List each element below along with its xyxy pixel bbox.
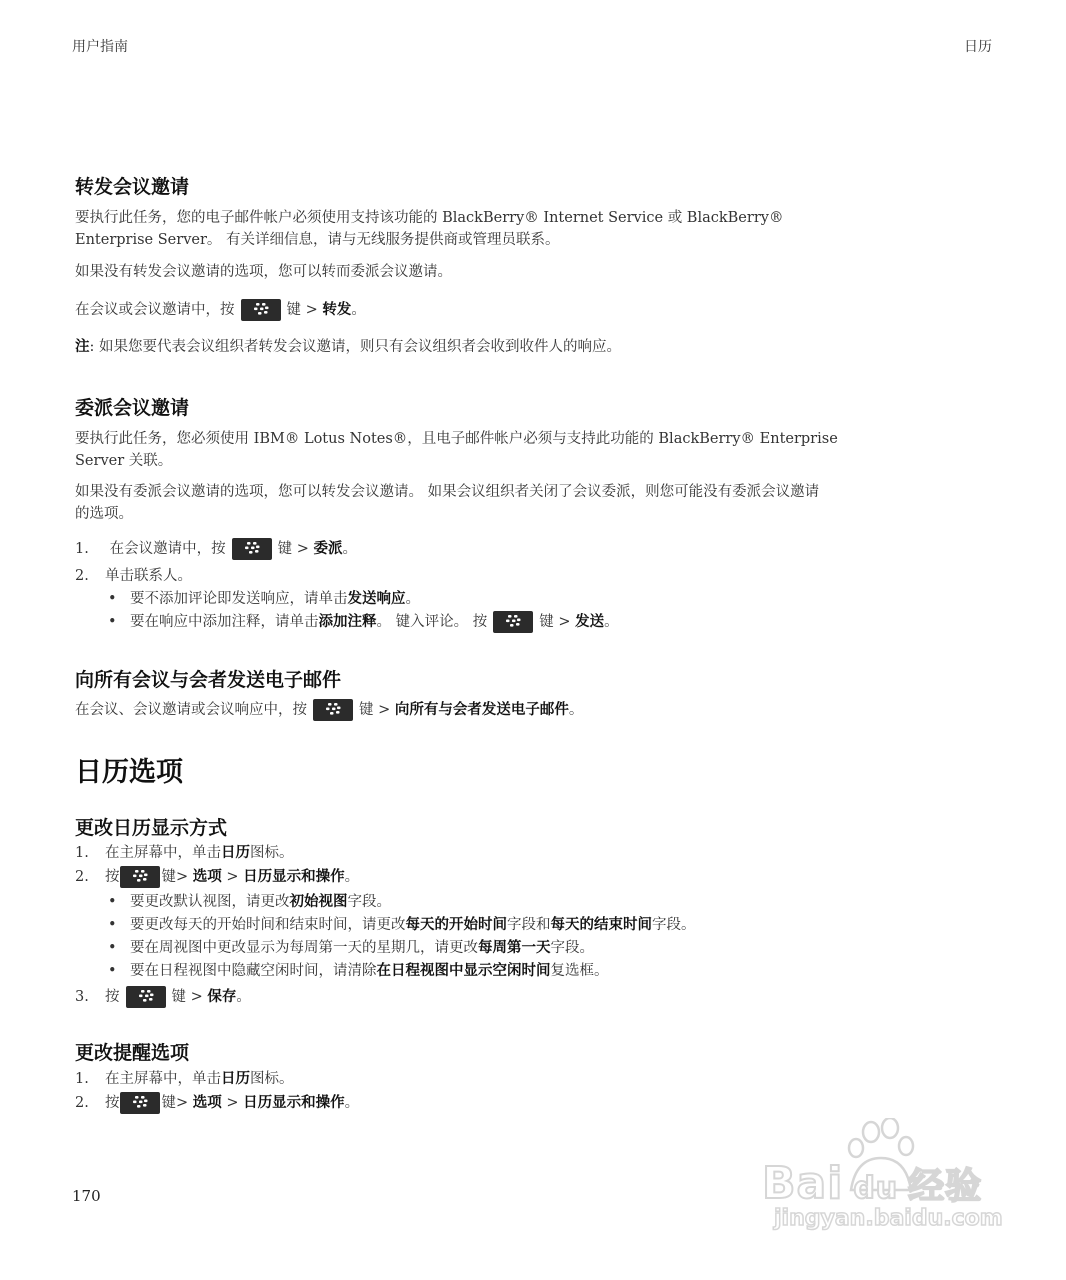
bullet-text: 要更改每天的开始时间和结束时间，请更改 xyxy=(130,917,406,933)
step-text: 键 xyxy=(359,702,374,718)
step-2: 2.按键> 选项 > 日历显示和操作。 xyxy=(75,1092,359,1114)
step-number: 1. xyxy=(75,538,105,560)
bullet-text: 字段。 xyxy=(652,917,696,933)
baidu-jingyan-watermark: Baidu经验 jingyan.baidu.com xyxy=(756,1118,1006,1228)
running-header-left: 用户指南 xyxy=(72,36,128,56)
paragraph-line: 要执行此任务，您的电子邮件帐户必须使用支持该功能的 BlackBerry® In… xyxy=(75,207,783,229)
section-title-forward: 转发会议邀请 xyxy=(75,172,189,199)
checkbox-show-free-time: 在日程视图中显示空闲时间 xyxy=(377,963,551,979)
blackberry-menu-key-icon xyxy=(232,538,272,560)
bullet-item: •要不添加评论即发送响应，请单击发送响应。 xyxy=(108,588,420,610)
bullet: • xyxy=(108,588,130,610)
paragraph-line: 要执行此任务，您必须使用 IBM® Lotus Notes®，且电子邮件帐户必须… xyxy=(75,428,838,450)
page-number: 170 xyxy=(72,1187,101,1205)
blackberry-menu-key-icon xyxy=(241,299,281,321)
punct: 。 xyxy=(569,702,584,718)
blackberry-menu-key-icon xyxy=(313,699,353,721)
menu-action-delegate: 委派 xyxy=(313,541,342,557)
field-initial-view: 初始视图 xyxy=(290,894,348,910)
step-text: 键 xyxy=(287,302,302,318)
step-text: 键 xyxy=(278,541,293,557)
step-text: 在主屏幕中，单击 xyxy=(105,845,221,861)
bullet-item: •要在响应中添加注释，请单击添加注释。 键入评论。 按键 > 发送。 xyxy=(108,611,619,633)
menu-action-display-actions: 日历显示和操作 xyxy=(243,869,345,885)
bullet-item: •要更改每天的开始时间和结束时间，请更改每天的开始时间字段和每天的结束时间字段。 xyxy=(108,914,696,936)
step-1: 1.在主屏幕中，单击日历图标。 xyxy=(75,1068,294,1090)
bullet-text: 要不添加评论即发送响应，请单击 xyxy=(130,591,348,607)
separator: > xyxy=(558,614,570,630)
menu-action-display-actions: 日历显示和操作 xyxy=(243,1095,345,1111)
bullet-item: •要在日程视图中隐藏空闲时间，请清除在日程视图中显示空闲时间复选框。 xyxy=(108,960,609,982)
note-text: : 如果您要代表会议组织者转发会议邀请，则只有会议组织者会收到收件人的响应。 xyxy=(90,339,622,355)
section-title-reminder-options: 更改提醒选项 xyxy=(75,1038,189,1065)
step-2: 2.单击联系人。 xyxy=(75,565,192,587)
punct: 。 xyxy=(345,869,360,885)
step-text: 键> xyxy=(162,1095,189,1111)
bullet-text: 要更改默认视图，请更改 xyxy=(130,894,290,910)
paragraph: 如果没有委派会议邀请的选项，您可以转发会议邀请。 如果会议组织者关闭了会议委派，… xyxy=(75,481,819,525)
menu-action-save: 保存 xyxy=(207,989,236,1005)
bullet-text: 要在日程视图中隐藏空闲时间，请清除 xyxy=(130,963,377,979)
separator: > xyxy=(226,1095,238,1111)
running-header-right: 日历 xyxy=(964,36,992,56)
step-number: 1. xyxy=(75,842,105,864)
separator: > xyxy=(226,869,238,885)
step-text: 在会议、会议邀请或会议响应中，按 xyxy=(75,702,307,718)
step-text: 在主屏幕中，单击 xyxy=(105,1071,221,1087)
step-line: 在会议或会议邀请中，按键 > 转发。 xyxy=(75,299,366,321)
bullet-text: 复选框。 xyxy=(551,963,609,979)
bullet-text: 字段。 xyxy=(551,940,595,956)
paragraph: 要执行此任务，您的电子邮件帐户必须使用支持该功能的 BlackBerry® In… xyxy=(75,207,783,251)
watermark-brand: Bai xyxy=(762,1158,843,1209)
menu-action-email-all: 向所有与会者发送电子邮件 xyxy=(395,702,569,718)
watermark-brand-du: du xyxy=(853,1171,898,1206)
punct: 。 xyxy=(351,302,366,318)
step-text: 按 xyxy=(105,869,120,885)
bullet: • xyxy=(108,891,130,913)
bullet-item: •要在周视图中更改显示为每周第一天的星期几，请更改每周第一天字段。 xyxy=(108,937,594,959)
ui-label-calendar: 日历 xyxy=(221,845,250,861)
section-title-delegate: 委派会议邀请 xyxy=(75,393,189,420)
chapter-title-calendar-options: 日历选项 xyxy=(75,750,183,789)
bullet: • xyxy=(108,937,130,959)
punct: 。 xyxy=(236,989,251,1005)
paragraph-line: Enterprise Server。 有关详细信息，请与无线服务提供商或管理员联… xyxy=(75,229,783,251)
bullet-text: 要在响应中添加注释，请单击 xyxy=(130,614,319,630)
field-first-day-of-week: 每周第一天 xyxy=(478,940,551,956)
menu-action-send: 发送 xyxy=(575,614,604,630)
step-1: 1.在主屏幕中，单击日历图标。 xyxy=(75,842,294,864)
menu-action-options: 选项 xyxy=(193,1095,222,1111)
step-text: 图标。 xyxy=(250,845,294,861)
menu-action-options: 选项 xyxy=(193,869,222,885)
punct: 。 xyxy=(604,614,619,630)
step-number: 2. xyxy=(75,565,105,587)
field-end-of-day: 每天的结束时间 xyxy=(551,917,653,933)
step-text: 键 xyxy=(172,989,187,1005)
note-label: 注 xyxy=(75,339,90,355)
step-number: 2. xyxy=(75,1092,105,1114)
step-1: 1. 在会议邀请中，按键 > 委派。 xyxy=(75,538,357,560)
bullet-text: 字段和 xyxy=(507,917,551,933)
section-title-change-display: 更改日历显示方式 xyxy=(75,813,227,840)
blackberry-menu-key-icon xyxy=(120,1092,160,1114)
bullet-text: 。 键入评论。 按 xyxy=(377,614,488,630)
ui-label-send-response: 发送响应 xyxy=(348,591,406,607)
punct: 。 xyxy=(406,591,421,607)
bullet-text: 要在周视图中更改显示为每周第一天的星期几，请更改 xyxy=(130,940,478,956)
bullet: • xyxy=(108,960,130,982)
separator: > xyxy=(297,541,309,557)
step-text: 按 xyxy=(105,1095,120,1111)
step-text: 在会议或会议邀请中，按 xyxy=(75,302,235,318)
paragraph-line: 如果没有委派会议邀请的选项，您可以转发会议邀请。 如果会议组织者关闭了会议委派，… xyxy=(75,481,819,503)
separator: > xyxy=(191,989,203,1005)
step-line: 在会议、会议邀请或会议响应中，按键 > 向所有与会者发送电子邮件。 xyxy=(75,699,583,721)
paragraph-line: Server 关联。 xyxy=(75,450,838,472)
bullet: • xyxy=(108,611,130,633)
paragraph-line: 的选项。 xyxy=(75,503,819,525)
step-text: 单击联系人。 xyxy=(105,568,192,584)
separator: > xyxy=(306,302,318,318)
step-2: 2.按键> 选项 > 日历显示和操作。 xyxy=(75,866,359,888)
paragraph: 如果没有转发会议邀请的选项，您可以转而委派会议邀请。 xyxy=(75,261,452,283)
step-text: 在会议邀请中，按 xyxy=(110,541,226,557)
punct: 。 xyxy=(342,541,357,557)
bullet-text: 键 xyxy=(539,614,554,630)
step-text: 键> xyxy=(162,869,189,885)
step-number: 2. xyxy=(75,866,105,888)
step-number: 1. xyxy=(75,1068,105,1090)
field-start-of-day: 每天的开始时间 xyxy=(406,917,508,933)
bullet: • xyxy=(108,914,130,936)
blackberry-menu-key-icon xyxy=(120,866,160,888)
watermark-url: jingyan.baidu.com xyxy=(774,1206,1003,1231)
bullet-item: •要更改默认视图，请更改初始视图字段。 xyxy=(108,891,391,913)
step-text: 按 xyxy=(105,989,120,1005)
ui-label-add-note: 添加注释 xyxy=(319,614,377,630)
section-title-email-all: 向所有会议与会者发送电子邮件 xyxy=(75,665,341,692)
step-number: 3. xyxy=(75,986,105,1008)
blackberry-menu-key-icon xyxy=(126,986,166,1008)
menu-action-forward: 转发 xyxy=(322,302,351,318)
watermark-brand-cn: 经验 xyxy=(908,1166,982,1207)
note: 注: 如果您要代表会议组织者转发会议邀请，则只有会议组织者会收到收件人的响应。 xyxy=(75,336,621,358)
bullet-text: 字段。 xyxy=(348,894,392,910)
separator: > xyxy=(378,702,390,718)
blackberry-menu-key-icon xyxy=(493,611,533,633)
paragraph: 要执行此任务，您必须使用 IBM® Lotus Notes®，且电子邮件帐户必须… xyxy=(75,428,838,472)
ui-label-calendar: 日历 xyxy=(221,1071,250,1087)
step-text: 图标。 xyxy=(250,1071,294,1087)
punct: 。 xyxy=(345,1095,360,1111)
step-3: 3.按键 > 保存。 xyxy=(75,986,251,1008)
